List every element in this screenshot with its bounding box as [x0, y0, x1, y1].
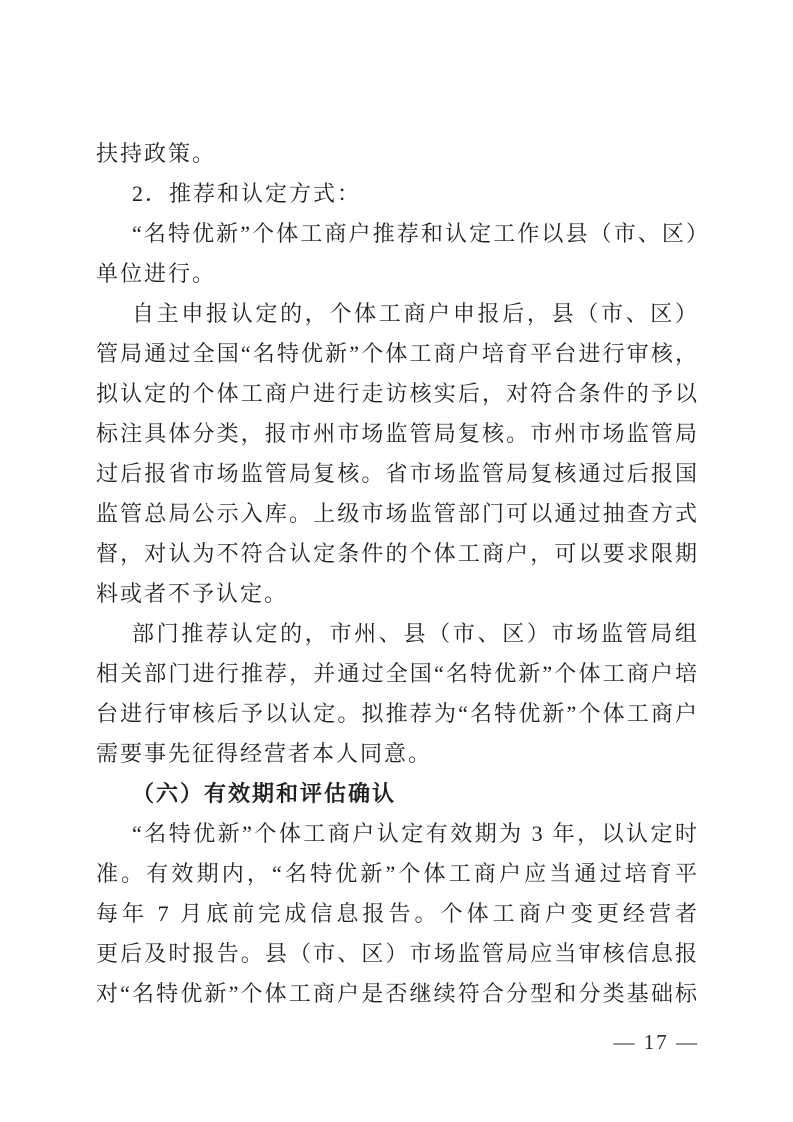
text-line: 标注具体分类，报市州市场监管局复核。市州市场监管局复核通 — [96, 414, 699, 454]
text-line: 自主申报认定的，个体工商户申报后，县（市、区）市场监 — [96, 294, 699, 334]
document-body: 扶持政策。 2．推荐和认定方式： “名特优新”个体工商户推荐和认定工作以县（市、… — [96, 134, 699, 1014]
text-line: 准。有效期内，“名特优新”个体工商户应当通过培育平台，于 — [96, 854, 699, 894]
text-line: 2．推荐和认定方式： — [96, 174, 699, 214]
page-number: — 17 — — [96, 1030, 699, 1055]
text-line: 部门推荐认定的，市州、县（市、区）市场监管局组织同级 — [96, 614, 699, 654]
text-line: 督，对认为不符合认定条件的个体工商户，可以要求限期补充材 — [96, 534, 699, 574]
document-page: 扶持政策。 2．推荐和认定方式： “名特优新”个体工商户推荐和认定工作以县（市、… — [0, 0, 793, 1122]
text-line: 拟认定的个体工商户进行走访核实后，对符合条件的予以认定并 — [96, 374, 699, 414]
text-line: 料或者不予认定。 — [96, 574, 699, 614]
text-line: 相关部门进行推荐，并通过全国“名特优新”个体工商户培育平 — [96, 654, 699, 694]
text-line: 对“名特优新”个体工商户是否继续符合分型和分类基础标准进 — [96, 974, 699, 1014]
text-line: “名特优新”个体工商户认定有效期为 3 年，以认定时间为 — [96, 814, 699, 854]
text-line: 需要事先征得经营者本人同意。 — [96, 734, 699, 774]
section-heading: （六）有效期和评估确认 — [96, 774, 699, 814]
text-line: 更后及时报告。县（市、区）市场监管局应当审核信息报告，并 — [96, 934, 699, 974]
text-line: 管局通过全国“名特优新”个体工商户培育平台进行审核，并对 — [96, 334, 699, 374]
text-line: 扶持政策。 — [96, 134, 699, 174]
text-line: 过后报省市场监管局复核。省市场监管局复核通过后报国家市场 — [96, 454, 699, 494]
text-line: “名特优新”个体工商户推荐和认定工作以县（市、区）为 — [96, 214, 699, 254]
text-line: 监管总局公示入库。上级市场监管部门可以通过抽查方式进行监 — [96, 494, 699, 534]
text-line: 台进行审核后予以认定。拟推荐为“名特优新”个体工商户的， — [96, 694, 699, 734]
text-line: 单位进行。 — [96, 254, 699, 294]
text-line: 每年 7 月底前完成信息报告。个体工商户变更经营者的，要在变 — [96, 894, 699, 934]
